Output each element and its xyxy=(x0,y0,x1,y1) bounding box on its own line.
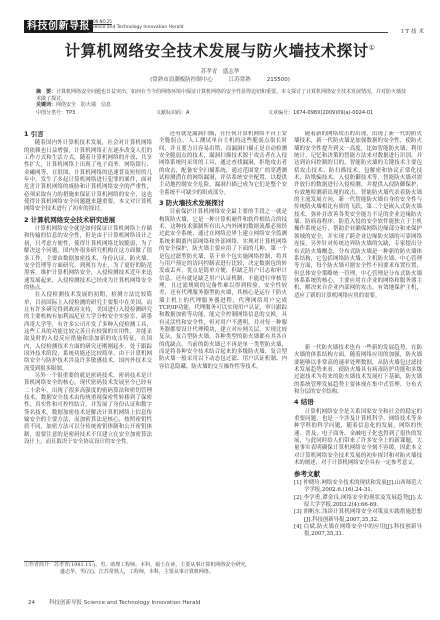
abstract-label: 摘 要： xyxy=(36,89,56,95)
keywords-label: 关键词： xyxy=(36,102,56,108)
paragraph: 目前保护计算机网络安全最主要的手段之一就是构筑防火墙，它是一种计算机硬件和软件相… xyxy=(159,209,287,371)
abstract-block: 摘 要：计算机网络安全问题也日益突出，如何在当今的网络环境中保证计算机网络的安全… xyxy=(36,89,408,109)
paragraph: 计算机网络安全是关系国家安全和社会的稳定的重要问题，也是一个涉及计算机科学、网络… xyxy=(294,409,422,468)
doc-code-value: A xyxy=(186,110,189,116)
reference-list: [1] 仲晓玲.网络安全技术的现状和发展[J].山西师范大学学报,2002.6.… xyxy=(294,480,422,539)
column-3: 随着新的网络攻击的出现，出现了新一代的防火墙技术，新一代防火墙是加强数据的安全性… xyxy=(294,131,422,556)
journal-logo: 科技创新导报 xyxy=(24,20,93,33)
abstract-text: 计算机网络安全问题也日益突出，如何在当今的网络环境中保证计算机网络的安全性显得迫… xyxy=(36,89,406,102)
doc-code-field: 文献标识码：A xyxy=(156,109,189,116)
affiliation: (常熟市浪潮板防控制中心江苏常熟215500) xyxy=(0,75,440,83)
clc-field: 中图分类号：TP3 xyxy=(36,109,75,116)
section-heading-2: 2 计算机网络安全技术研究进展 xyxy=(24,217,152,224)
authors: 苏孝青 盛志华 xyxy=(0,67,440,75)
clc-value: TP3 xyxy=(66,110,75,116)
paragraph: 还有就是漏洞扫描，在任何计算机网络平台上安全脆弱点，人工测试单台主机的这些脆弱点… xyxy=(159,131,287,197)
paragraph: 计算机网络安全就是如何保证计算机网络上存储和传输的信息的安全性，但是由于计算机网… xyxy=(24,226,152,292)
paragraph: 另外一个很重要的就是密码技术，密码技术是计算机网络安全的核心，现代密码技术发展至… xyxy=(24,373,152,446)
column-2: 还有就是漏洞扫描，在任何计算机网络平台上安全脆弱点，人工测试单台主机的这些脆弱点… xyxy=(159,131,287,556)
reference-item: [3] 胡帆东.浅谈计算机网络安全对策及实践措施思想[J].科技创新导报,200… xyxy=(294,509,422,524)
reference-item: [2] 李学勇,谭金良.网络安全的现状及发展趋势[J].太原大学学报.2003.… xyxy=(294,495,422,510)
affiliation-city: 江苏常熟 xyxy=(229,77,251,83)
article-no-value: 1674-098X(2009)09(a)-0024-01 xyxy=(293,110,373,116)
references-heading: 参考文献 xyxy=(294,471,422,478)
page-footer: 24科技创新导报 Science and Technology Innovati… xyxy=(28,598,201,606)
reference-item: [4] 白斌.防火墙在网络安全中的应用[J].科技创新导报,2007,35,31… xyxy=(294,524,422,539)
article-no-field: 文章编号：1674-098X(2009)09(a)-0024-01 xyxy=(268,109,373,116)
footer-journal: 科技创新导报 Science and Technology Innovation… xyxy=(49,600,201,606)
journal-english-name: Science and Technology Innovation Herald xyxy=(88,25,184,30)
article-no-label: 文章编号： xyxy=(268,110,293,116)
running-header: 科技创新导报 2009 NO.25 Science and Technology… xyxy=(24,20,426,34)
title-text: 计算机网络安全技术发展与防火墙技术探讨 xyxy=(65,42,369,60)
header-rule xyxy=(88,32,388,33)
doc-code-label: 文献标识码： xyxy=(156,110,186,116)
clc-label: 中图分类号： xyxy=(36,110,66,116)
paragraph: 随着国内外计算机技术发展，社会对计算机网络的依赖也日益增强，计算机网络正在逐步改… xyxy=(24,140,152,213)
section-tag: IT技术 xyxy=(401,27,426,35)
paragraph: 随着新的网络攻击的出现，出现了新一代的防火墙技术，新一代防火墙是加强数据的安全性… xyxy=(294,131,422,345)
page-number: 24 xyxy=(28,600,35,606)
footnote-line-2: 盛志华，男(汉)，江苏常熟人，工程师，本科，主要从事计算机网络。 xyxy=(24,569,414,576)
article-title: 计算机网络安全技术发展与防火墙技术探讨① xyxy=(0,39,440,61)
footnote-line-1: ①作者简介：苏孝青(1981.11-)，男，助理工程师，本科，硕士在读，主要从事… xyxy=(24,562,414,569)
issue-number: 2009 NO.25 xyxy=(88,19,112,24)
author-footnote: ①作者简介：苏孝青(1981.11-)，男，助理工程师，本科，硕士在读，主要从事… xyxy=(24,561,414,576)
paragraph: 在入侵检测技术发展的初期，检测方法比较简单，目前国际上入侵检测的研究主要集中在美… xyxy=(24,292,152,373)
section-heading-3: 3 防火墙技术发展探讨 xyxy=(159,200,287,207)
column-1: 1 引言 随着国内外计算机技术发展，社会对计算机网络的依赖也日益增强，计算机网络… xyxy=(24,131,152,556)
title-footnote-mark: ① xyxy=(369,44,376,52)
reference-item: [1] 仲晓玲.网络安全技术的现状和发展[J].山西师范大学学报,2002.6.… xyxy=(294,480,422,495)
section-heading-1: 1 引言 xyxy=(24,131,152,138)
keywords-text: 网络安全 防火墙 信息 xyxy=(56,102,111,108)
section-heading-4: 4 结语 xyxy=(294,399,422,406)
paragraph: 新一代防火墙技术也有一些新的发展趋势，在防火墙的体系结构方面，随着网络应用的加强… xyxy=(294,345,422,396)
affiliation-org: (常熟市浪潮板防控制中心 xyxy=(150,77,213,83)
affiliation-postcode: 215500) xyxy=(267,77,290,83)
